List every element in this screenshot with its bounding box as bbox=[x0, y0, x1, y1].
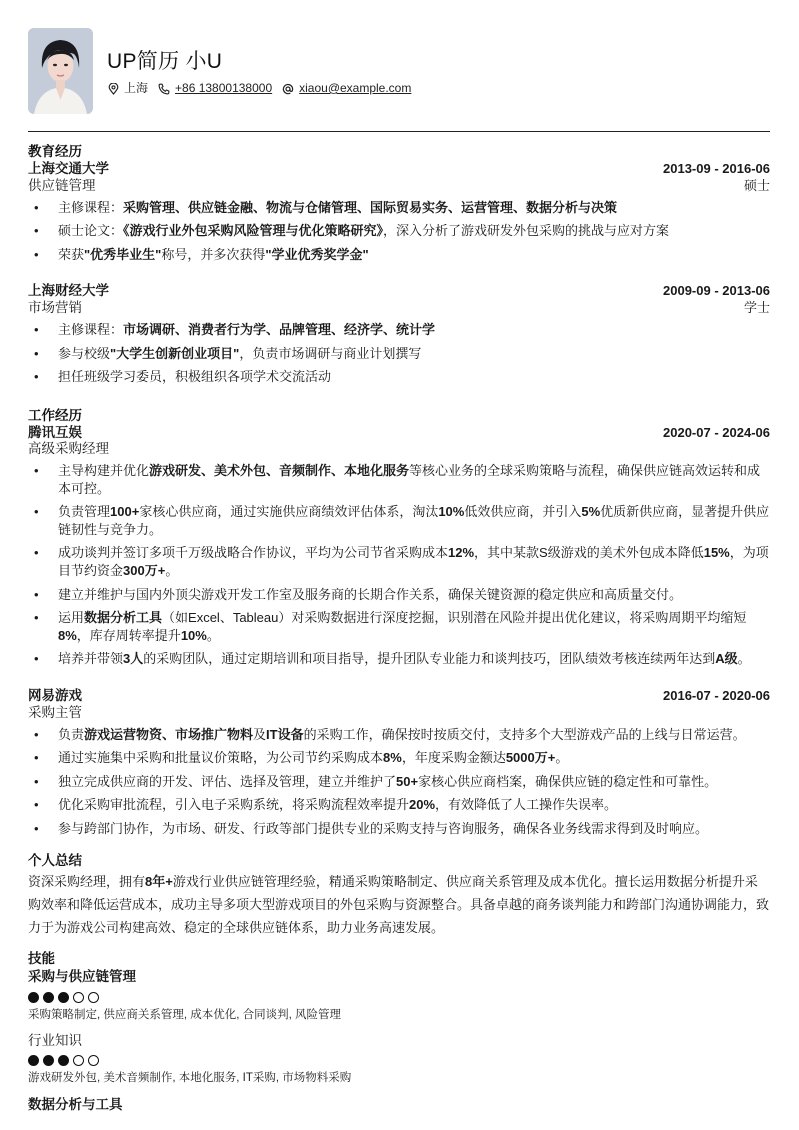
location-text: 上海 bbox=[124, 80, 148, 97]
contact-list: 上海 +86 13800138000 xiaou@example.com bbox=[107, 80, 421, 97]
work-section: 工作经历 腾讯互娱 2020-07 - 2024-06 高级采购经理 主导构建并… bbox=[28, 408, 770, 838]
education-entry: 上海交通大学 2013-09 - 2016-06 供应链管理 硕士 主修课程：采… bbox=[28, 161, 770, 263]
phone-link[interactable]: +86 13800138000 bbox=[175, 80, 272, 97]
list-item: 负责游戏运营物资、市场推广物料及IT设备的采购工作，确保按时按质交付，支持多个大… bbox=[28, 726, 770, 744]
list-item: 通过实施集中采购和批量议价策略，为公司节约采购成本8%，年度采购金额达5000万… bbox=[28, 749, 770, 767]
job-title: 采购主管 bbox=[28, 705, 82, 722]
skill-keywords: 游戏研发外包, 美术音频制作, 本地化服务, IT采购, 市场物料采购 bbox=[28, 1070, 770, 1086]
education-dates: 2013-09 - 2016-06 bbox=[663, 161, 770, 177]
list-item: 参与校级"大学生创新创业项目"，负责市场调研与商业计划撰写 bbox=[28, 345, 770, 363]
skills-section: 技能 采购与供应链管理 采购策略制定, 供应商关系管理, 成本优化, 合同谈判,… bbox=[28, 951, 770, 1113]
education-bullets: 主修课程：采购管理、供应链金融、物流与仓储管理、国际贸易实务、运营管理、数据分析… bbox=[28, 199, 770, 264]
list-item: 主导构建并优化游戏研发、美术外包、音频制作、本地化服务等核心业务的全球采购策略与… bbox=[28, 462, 770, 497]
skill-name: 数据分析与工具 bbox=[28, 1096, 770, 1114]
empty-dot-icon bbox=[73, 1055, 84, 1066]
empty-dot-icon bbox=[88, 1055, 99, 1066]
empty-dot-icon bbox=[73, 992, 84, 1003]
contact-phone[interactable]: +86 13800138000 bbox=[158, 80, 272, 97]
list-item: 参与跨部门协作，为市场、研发、行政等部门提供专业的采购支持与咨询服务，确保各业务… bbox=[28, 820, 770, 838]
work-bullets: 主导构建并优化游戏研发、美术外包、音频制作、本地化服务等核心业务的全球采购策略与… bbox=[28, 462, 770, 667]
candidate-name: UP简历 小U bbox=[107, 49, 421, 74]
filled-dot-icon bbox=[43, 1055, 54, 1066]
list-item: 主修课程：采购管理、供应链金融、物流与仓储管理、国际贸易实务、运营管理、数据分析… bbox=[28, 199, 770, 217]
list-item: 负责管理100+家核心供应商，通过实施供应商绩效评估体系，淘汰10%低效供应商，… bbox=[28, 503, 770, 538]
list-item: 运用数据分析工具（如Excel、Tableau）对采购数据进行深度挖掘，识别潜在… bbox=[28, 609, 770, 644]
section-title-work: 工作经历 bbox=[28, 408, 770, 425]
skill-item: 行业知识 游戏研发外包, 美术音频制作, 本地化服务, IT采购, 市场物料采购 bbox=[28, 1032, 770, 1087]
list-item: 成功谈判并签订多项千万级战略合作协议，平均为公司节省采购成本12%，其中某款S级… bbox=[28, 544, 770, 579]
skill-name: 采购与供应链管理 bbox=[28, 968, 770, 986]
degree: 硕士 bbox=[744, 178, 770, 194]
work-dates: 2016-07 - 2020-06 bbox=[663, 688, 770, 704]
list-item: 主修课程：市场调研、消费者行为学、品牌管理、经济学、统计学 bbox=[28, 321, 770, 339]
list-item: 担任班级学习委员，积极组织各项学术交流活动 bbox=[28, 368, 770, 386]
list-item: 建立并维护与国内外顶尖游戏开发工作室及服务商的长期合作关系，确保关键资源的稳定供… bbox=[28, 586, 770, 604]
profile-photo bbox=[28, 28, 93, 114]
list-item: 培养并带领3人的采购团队，通过定期培训和项目指导，提升团队专业能力和谈判技巧，团… bbox=[28, 650, 770, 668]
skill-level-dots bbox=[28, 1055, 770, 1066]
header-divider bbox=[28, 131, 770, 132]
education-dates: 2009-09 - 2013-06 bbox=[663, 283, 770, 299]
company-name: 网易游戏 bbox=[28, 688, 82, 705]
header-info: UP简历 小U 上海 +86 13800138000 xiaou@example… bbox=[107, 45, 421, 98]
empty-dot-icon bbox=[88, 992, 99, 1003]
filled-dot-icon bbox=[58, 1055, 69, 1066]
major: 市场营销 bbox=[28, 300, 82, 317]
skill-level-dots bbox=[28, 992, 770, 1003]
school-name: 上海交通大学 bbox=[28, 161, 109, 178]
resume-body: 教育经历 上海交通大学 2013-09 - 2016-06 供应链管理 硕士 主… bbox=[28, 144, 770, 1113]
contact-location: 上海 bbox=[107, 80, 148, 97]
skill-item: 采购与供应链管理 采购策略制定, 供应商关系管理, 成本优化, 合同谈判, 风险… bbox=[28, 968, 770, 1023]
school-name: 上海财经大学 bbox=[28, 283, 109, 300]
filled-dot-icon bbox=[43, 992, 54, 1003]
degree: 学士 bbox=[744, 300, 770, 316]
work-bullets: 负责游戏运营物资、市场推广物料及IT设备的采购工作，确保按时按质交付，支持多个大… bbox=[28, 726, 770, 838]
company-name: 腾讯互娱 bbox=[28, 425, 82, 442]
contact-email[interactable]: xiaou@example.com bbox=[282, 80, 411, 97]
summary-text: 资深采购经理，拥有8年+游戏行业供应链管理经验，精通采购策略制定、供应商关系管理… bbox=[28, 871, 770, 939]
summary-section: 个人总结 资深采购经理，拥有8年+游戏行业供应链管理经验，精通采购策略制定、供应… bbox=[28, 853, 770, 939]
skill-item: 数据分析与工具 bbox=[28, 1096, 770, 1114]
education-section: 教育经历 上海交通大学 2013-09 - 2016-06 供应链管理 硕士 主… bbox=[28, 144, 770, 386]
location-pin-icon bbox=[107, 83, 119, 95]
job-title: 高级采购经理 bbox=[28, 441, 109, 458]
section-title-skills: 技能 bbox=[28, 951, 770, 968]
section-title-education: 教育经历 bbox=[28, 144, 770, 161]
work-dates: 2020-07 - 2024-06 bbox=[663, 425, 770, 441]
education-bullets: 主修课程：市场调研、消费者行为学、品牌管理、经济学、统计学 参与校级"大学生创新… bbox=[28, 321, 770, 386]
education-entry: 上海财经大学 2009-09 - 2013-06 市场营销 学士 主修课程：市场… bbox=[28, 283, 770, 385]
work-entry: 网易游戏 2016-07 - 2020-06 采购主管 负责游戏运营物资、市场推… bbox=[28, 688, 770, 837]
filled-dot-icon bbox=[28, 1055, 39, 1066]
filled-dot-icon bbox=[28, 992, 39, 1003]
email-link[interactable]: xiaou@example.com bbox=[299, 80, 411, 97]
list-item: 荣获"优秀毕业生"称号，并多次获得"学业优秀奖学金" bbox=[28, 246, 770, 264]
list-item: 硕士论文：《游戏行业外包采购风险管理与优化策略研究》，深入分析了游戏研发外包采购… bbox=[28, 222, 770, 240]
work-entry: 腾讯互娱 2020-07 - 2024-06 高级采购经理 主导构建并优化游戏研… bbox=[28, 425, 770, 668]
major: 供应链管理 bbox=[28, 178, 96, 195]
filled-dot-icon bbox=[58, 992, 69, 1003]
section-title-summary: 个人总结 bbox=[28, 853, 770, 870]
skill-keywords: 采购策略制定, 供应商关系管理, 成本优化, 合同谈判, 风险管理 bbox=[28, 1007, 770, 1023]
resume-header: UP简历 小U 上海 +86 13800138000 xiaou@example… bbox=[28, 28, 421, 114]
phone-icon bbox=[158, 83, 170, 95]
list-item: 独立完成供应商的开发、评估、选择及管理，建立并维护了50+家核心供应商档案，确保… bbox=[28, 773, 770, 791]
skill-name: 行业知识 bbox=[28, 1032, 770, 1050]
list-item: 优化采购审批流程，引入电子采购系统，将采购流程效率提升20%，有效降低了人工操作… bbox=[28, 796, 770, 814]
at-sign-icon bbox=[282, 83, 294, 95]
